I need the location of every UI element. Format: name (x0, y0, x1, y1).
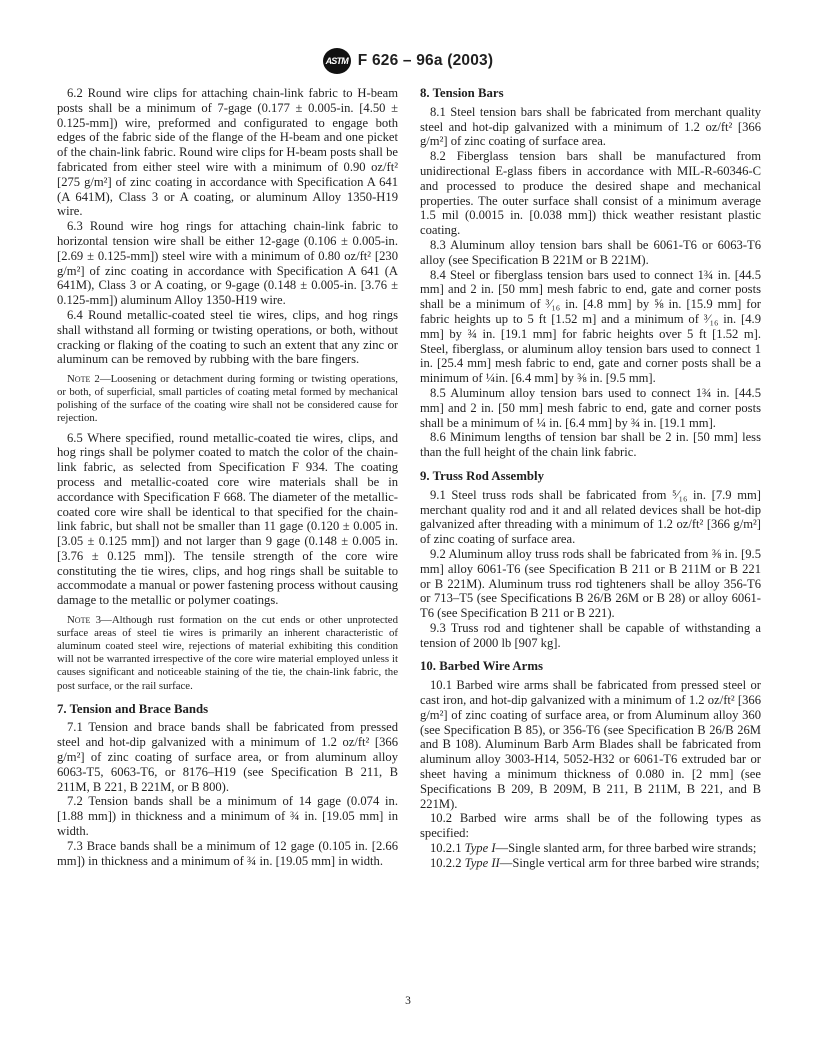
note-3-label: Note 3 (67, 614, 101, 626)
paragraph-8-3: 8.3 Aluminum alloy tension bars shall be… (420, 238, 761, 268)
type-ii-italic: Type II (465, 856, 500, 870)
section-heading-8: 8. Tension Bars (420, 86, 761, 101)
paragraph-8-1: 8.1 Steel tension bars shall be fabricat… (420, 105, 761, 149)
paragraph-10-2: 10.2 Barbed wire arms shall be of the fo… (420, 811, 761, 841)
paragraph-8-4: 8.4 Steel or fiberglass tension bars use… (420, 268, 761, 386)
note-3-text: —Although rust formation on the cut ends… (57, 614, 398, 691)
left-column: 6.2 Round wire clips for attaching chain… (57, 86, 398, 871)
document-title: F 626 – 96a (2003) (358, 52, 493, 70)
page-number: 3 (0, 995, 816, 1007)
paragraph-10-2-2: 10.2.2 Type II—Single vertical arm for t… (420, 856, 761, 871)
section-heading-7: 7. Tension and Brace Bands (57, 702, 398, 717)
astm-logo-icon: ASTM (323, 48, 351, 74)
paragraph-10-2-2-rest: —Single vertical arm for three barbed wi… (500, 856, 760, 870)
section-heading-9: 9. Truss Rod Assembly (420, 469, 761, 484)
note-2-text: —Loosening or detachment during forming … (57, 373, 398, 424)
paragraph-9-3: 9.3 Truss rod and tightener shall be cap… (420, 621, 761, 651)
paragraph-8-5: 8.5 Aluminum alloy tension bars used to … (420, 386, 761, 430)
paragraph-10-2-2-prefix: 10.2.2 (430, 856, 465, 870)
page-header: ASTM F 626 – 96a (2003) (0, 48, 816, 74)
right-column: 8. Tension Bars 8.1 Steel tension bars s… (420, 86, 761, 871)
paragraph-10-2-1: 10.2.1 Type I—Single slanted arm, for th… (420, 841, 761, 856)
paragraph-10-2-1-rest: —Single slanted arm, for three barbed wi… (496, 841, 757, 855)
paragraph-6-4: 6.4 Round metallic-coated steel tie wire… (57, 308, 398, 367)
paragraph-9-1: 9.1 Steel truss rods shall be fabricated… (420, 488, 761, 547)
paragraph-10-2-1-prefix: 10.2.1 (430, 841, 465, 855)
paragraph-8-6: 8.6 Minimum lengths of tension bar shall… (420, 430, 761, 460)
type-i-italic: Type I (465, 841, 496, 855)
note-2: Note 2—Loosening or detachment during fo… (57, 373, 398, 425)
paragraph-6-3: 6.3 Round wire hog rings for attaching c… (57, 219, 398, 308)
paragraph-7-3: 7.3 Brace bands shall be a minimum of 12… (57, 839, 398, 869)
paragraph-7-1: 7.1 Tension and brace bands shall be fab… (57, 720, 398, 794)
paragraph-10-1: 10.1 Barbed wire arms shall be fabricate… (420, 678, 761, 811)
paragraph-8-2: 8.2 Fiberglass tension bars shall be man… (420, 149, 761, 238)
paragraph-6-2: 6.2 Round wire clips for attaching chain… (57, 86, 398, 219)
document-page: ASTM F 626 – 96a (2003) 6.2 Round wire c… (0, 0, 816, 1056)
note-2-label: Note 2 (67, 373, 100, 385)
note-3: Note 3—Although rust formation on the cu… (57, 614, 398, 693)
two-column-body: 6.2 Round wire clips for attaching chain… (57, 86, 761, 871)
paragraph-6-5: 6.5 Where specified, round metallic-coat… (57, 431, 398, 609)
paragraph-9-2: 9.2 Aluminum alloy truss rods shall be f… (420, 547, 761, 621)
section-heading-10: 10. Barbed Wire Arms (420, 659, 761, 674)
paragraph-7-2: 7.2 Tension bands shall be a minimum of … (57, 794, 398, 838)
